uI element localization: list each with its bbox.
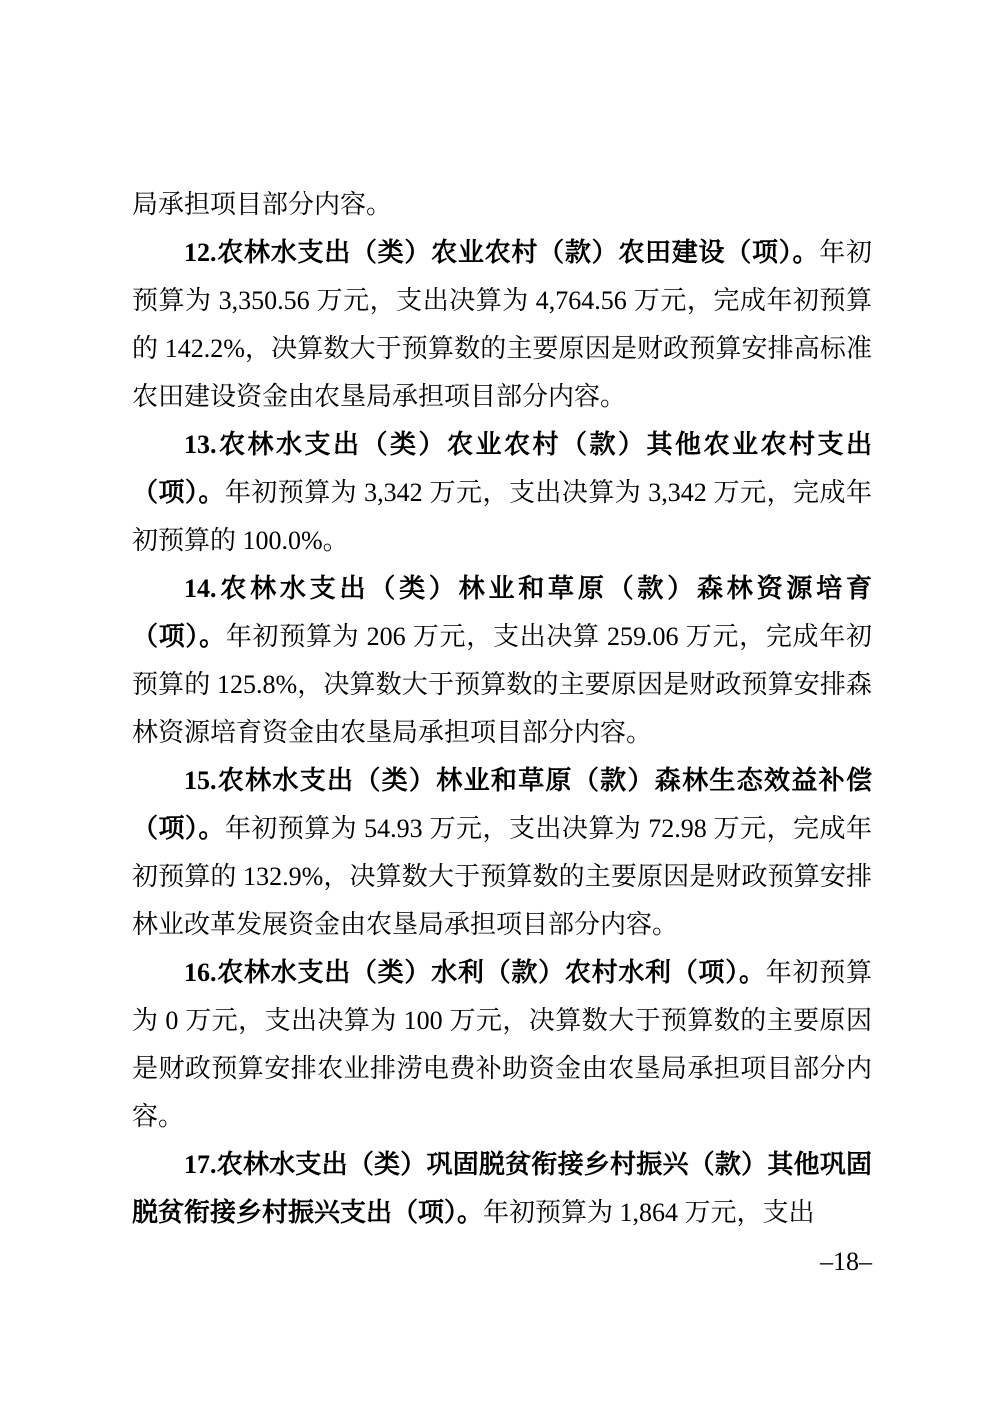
page-number: –18– [132,1247,872,1277]
paragraph: 14.农林水支出（类）林业和草原（款）森林资源培育（项）。年初预算为 206 万… [132,565,872,757]
document-page: 局承担项目部分内容。12.农林水支出（类）农业农村（款）农田建设（项）。年初预算… [0,0,1000,1414]
document-body: 局承担项目部分内容。12.农林水支出（类）农业农村（款）农田建设（项）。年初预算… [132,181,872,1237]
paragraph: 12.农林水支出（类）农业农村（款）农田建设（项）。年初预算为 3,350.56… [132,229,872,421]
paragraph-heading-segment: 16.农林水支出（类）水利（款）农村水利（项）。 [184,958,766,987]
paragraph-text-segment: 局承担项目部分内容。 [132,190,392,219]
paragraphs: 局承担项目部分内容。12.农林水支出（类）农业农村（款）农田建设（项）。年初预算… [132,181,872,1237]
paragraph: 13.农林水支出（类）农业农村（款）其他农业农村支出（项）。年初预算为 3,34… [132,421,872,565]
paragraph: 局承担项目部分内容。 [132,181,872,229]
paragraph-heading-segment: 12.农林水支出（类）农业农村（款）农田建设（项）。 [184,238,819,267]
paragraph: 17.农林水支出（类）巩固脱贫衔接乡村振兴（款）其他巩固脱贫衔接乡村振兴支出（项… [132,1141,872,1237]
paragraph-text-segment: 年初预算为 1,864 万元，支出 [483,1198,815,1227]
paragraph-text-segment: 年初预算为 54.93 万元，支出决算为 72.98 万元，完成年初预算的 13… [132,814,872,939]
paragraph-text-segment: 年初预算为 206 万元，支出决算 259.06 万元，完成年初预算的 125.… [132,622,872,747]
paragraph: 16.农林水支出（类）水利（款）农村水利（项）。年初预算为 0 万元，支出决算为… [132,949,872,1141]
paragraph-text-segment: 年初预算为 3,342 万元，支出决算为 3,342 万元，完成年初预算的 10… [132,478,872,555]
paragraph: 15.农林水支出（类）林业和草原（款）森林生态效益补偿（项）。年初预算为 54.… [132,757,872,949]
